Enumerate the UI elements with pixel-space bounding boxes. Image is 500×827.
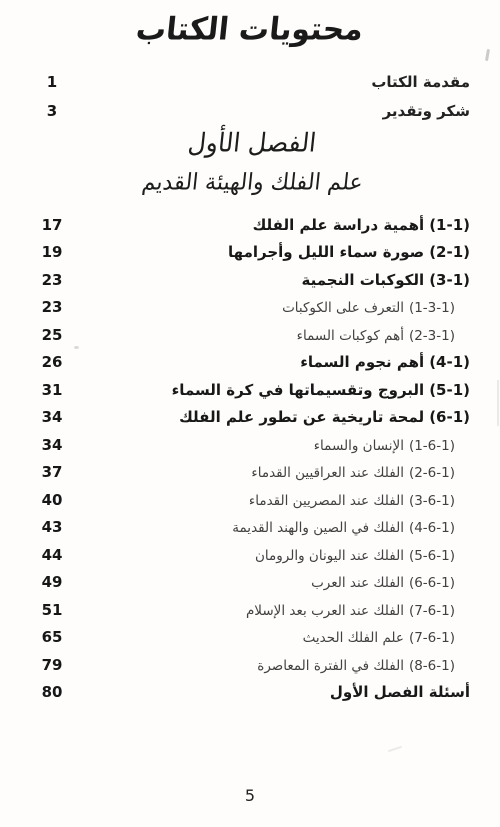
toc-page-number: 79 xyxy=(34,656,70,674)
toc-row: 3 شكر وتقدير xyxy=(34,95,470,124)
toc-row: 23 (3-1) الكوكبات النجمية xyxy=(34,265,470,293)
scan-artifact xyxy=(74,346,79,349)
toc-page-number: 1 xyxy=(34,73,70,91)
toc-row: 19 (2-1) صورة سماء الليل وأجرامها xyxy=(34,238,470,266)
scan-artifact xyxy=(497,380,499,426)
toc-row: 79 (8-6-1) الفلك في الفترة المعاصرة xyxy=(34,650,470,678)
toc-page-number: 37 xyxy=(34,463,70,481)
toc-entry-title: الفلك في الصين والهند القديمة xyxy=(232,520,404,536)
toc-row: 31 (5-1) البروج وتقسيماتها في كرة السماء xyxy=(34,375,470,403)
toc-entry-number: (7-6-1) xyxy=(409,603,455,619)
chapter-heading: الفصل الأول xyxy=(34,124,470,164)
toc-entry-number: (5-1) xyxy=(429,381,470,399)
toc-entry-number: (5-6-1) xyxy=(409,548,455,564)
toc-page-number: 65 xyxy=(34,628,70,646)
toc-page-number: 17 xyxy=(34,216,70,234)
toc-entry-number: (4-6-1) xyxy=(409,520,455,536)
toc-list: 1 مقدمة الكتاب 3 شكر وتقدير الفصل الأول … xyxy=(34,66,470,705)
toc-row: 26 (4-1) أهم نجوم السماء xyxy=(34,348,470,376)
toc-entry: (2-3-1) أهم كوكبات السماء xyxy=(297,328,455,344)
toc-row: 23 (1-3-1) التعرف على الكوكبات xyxy=(34,293,470,321)
toc-entry-title: لمحة تاريخية عن تطور علم الفلك xyxy=(179,408,424,426)
chapter-subtitle: علم الفلك والهيئة القديم xyxy=(34,164,470,210)
toc-entry: (6-6-1) الفلك عند العرب xyxy=(311,575,455,591)
toc-page-number: 26 xyxy=(34,353,70,371)
toc-entry-number: (1-6-1) xyxy=(409,438,455,454)
chapter-subtitle-text: علم الفلك والهيئة القديم xyxy=(140,170,363,196)
toc-entry-number: (6-6-1) xyxy=(409,575,455,591)
toc-row: 34 (6-1) لمحة تاريخية عن تطور علم الفلك xyxy=(34,403,470,431)
page-title-text: محتويات الكتاب xyxy=(135,11,366,47)
toc-row: 51 (7-6-1) الفلك عند العرب بعد الإسلام xyxy=(34,595,470,623)
toc-entry-title: الفلك في الفترة المعاصرة xyxy=(257,658,404,674)
toc-entry: (4-1) أهم نجوم السماء xyxy=(300,353,470,371)
toc-page-number: 31 xyxy=(34,381,70,399)
toc-entry-title: الكوكبات النجمية xyxy=(302,271,425,289)
toc-entry-number: (4-1) xyxy=(429,353,470,371)
toc-entry-number: (3-6-1) xyxy=(409,493,455,509)
toc-page-number: 44 xyxy=(34,546,70,564)
toc-entry-title: مقدمة الكتاب xyxy=(371,73,470,91)
toc-entry-title: أهمية دراسة علم الفلك xyxy=(253,216,425,234)
toc-row: 44 (5-6-1) الفلك عند اليونان والرومان xyxy=(34,540,470,568)
toc-entry-number: (8-6-1) xyxy=(409,658,455,674)
scanned-toc-page: محتويات الكتاب 1 مقدمة الكتاب 3 شكر وتقد… xyxy=(0,0,500,827)
toc-entry-title: شكر وتقدير xyxy=(383,102,470,120)
toc-entry: (7-6-1) علم الفلك الحديث xyxy=(303,630,455,646)
toc-row: 49 (6-6-1) الفلك عند العرب xyxy=(34,568,470,596)
toc-page-number: 25 xyxy=(34,326,70,344)
toc-entry: (3-6-1) الفلك عند المصريين القدماء xyxy=(249,493,455,509)
toc-entry-number: (2-6-1) xyxy=(409,465,455,481)
toc-page-number: 23 xyxy=(34,271,70,289)
toc-row: 37 (2-6-1) الفلك عند العراقيين القدماء xyxy=(34,458,470,486)
toc-entry: أسئلة الفصل الأول xyxy=(330,683,470,701)
chapter-heading-text: الفصل الأول xyxy=(186,127,317,157)
toc-entry-title: التعرف على الكوكبات xyxy=(282,300,404,316)
toc-row: 25 (2-3-1) أهم كوكبات السماء xyxy=(34,320,470,348)
toc-page-number: 34 xyxy=(34,408,70,426)
toc-entry: (1-6-1) الإنسان والسماء xyxy=(314,438,455,454)
toc-entry-number: (2-1) xyxy=(429,243,470,261)
toc-row: 17 (1-1) أهمية دراسة علم الفلك xyxy=(34,210,470,238)
toc-entry: (5-6-1) الفلك عند اليونان والرومان xyxy=(255,548,455,564)
toc-page-number: 23 xyxy=(34,298,70,316)
toc-row: 34 (1-6-1) الإنسان والسماء xyxy=(34,430,470,458)
toc-entry-title: الفلك عند اليونان والرومان xyxy=(255,548,404,564)
toc-row: 43 (4-6-1) الفلك في الصين والهند القديمة xyxy=(34,513,470,541)
toc-entry: (6-1) لمحة تاريخية عن تطور علم الفلك xyxy=(179,408,470,426)
toc-entry: (1-3-1) التعرف على الكوكبات xyxy=(282,300,455,316)
toc-entry: (4-6-1) الفلك في الصين والهند القديمة xyxy=(232,520,455,536)
toc-entry: (7-6-1) الفلك عند العرب بعد الإسلام xyxy=(246,603,455,619)
toc-entry-number: (3-1) xyxy=(429,271,470,289)
toc-entry-title: أسئلة الفصل الأول xyxy=(330,683,470,701)
page-title: محتويات الكتاب xyxy=(0,12,500,64)
toc-entry-title: البروج وتقسيماتها في كرة السماء xyxy=(172,381,425,399)
toc-entry-title: الفلك عند العرب xyxy=(311,575,404,591)
toc-entry: (2-1) صورة سماء الليل وأجرامها xyxy=(228,243,470,261)
toc-page-number: 34 xyxy=(34,436,70,454)
toc-page-number: 80 xyxy=(34,683,70,701)
toc-page-number: 19 xyxy=(34,243,70,261)
toc-page-number: 40 xyxy=(34,491,70,509)
toc-page-number: 43 xyxy=(34,518,70,536)
toc-entry: (2-6-1) الفلك عند العراقيين القدماء xyxy=(251,465,455,481)
toc-entry-title: الفلك عند العرب بعد الإسلام xyxy=(246,603,404,619)
toc-page-number: 49 xyxy=(34,573,70,591)
toc-entry-title: الإنسان والسماء xyxy=(314,438,404,454)
toc-entry-number: (1-1) xyxy=(429,216,470,234)
toc-entry: (5-1) البروج وتقسيماتها في كرة السماء xyxy=(172,381,470,399)
toc-row: 65 (7-6-1) علم الفلك الحديث xyxy=(34,623,470,651)
toc-entry-title: علم الفلك الحديث xyxy=(303,630,404,646)
toc-entry-title: الفلك عند العراقيين القدماء xyxy=(251,465,404,481)
toc-row: 40 (3-6-1) الفلك عند المصريين القدماء xyxy=(34,485,470,513)
toc-entry-number: (6-1) xyxy=(429,408,470,426)
toc-entry-number: (2-3-1) xyxy=(409,328,455,344)
scan-artifact xyxy=(388,746,402,752)
footer-page-number: 5 xyxy=(0,786,500,805)
toc-entry: (3-1) الكوكبات النجمية xyxy=(302,271,470,289)
toc-entry-title: أهم نجوم السماء xyxy=(300,353,424,371)
toc-entry-title: أهم كوكبات السماء xyxy=(297,328,404,344)
toc-page-number: 51 xyxy=(34,601,70,619)
toc-page-number: 3 xyxy=(34,102,70,120)
toc-row: 80 أسئلة الفصل الأول xyxy=(34,678,470,706)
toc-row: 1 مقدمة الكتاب xyxy=(34,66,470,95)
toc-entry-title: الفلك عند المصريين القدماء xyxy=(249,493,404,509)
toc-entry-number: (1-3-1) xyxy=(409,300,455,316)
toc-entry: (1-1) أهمية دراسة علم الفلك xyxy=(253,216,470,234)
toc-entry-title: صورة سماء الليل وأجرامها xyxy=(228,243,424,261)
toc-entry-number: (7-6-1) xyxy=(409,630,455,646)
toc-entry: (8-6-1) الفلك في الفترة المعاصرة xyxy=(257,658,455,674)
